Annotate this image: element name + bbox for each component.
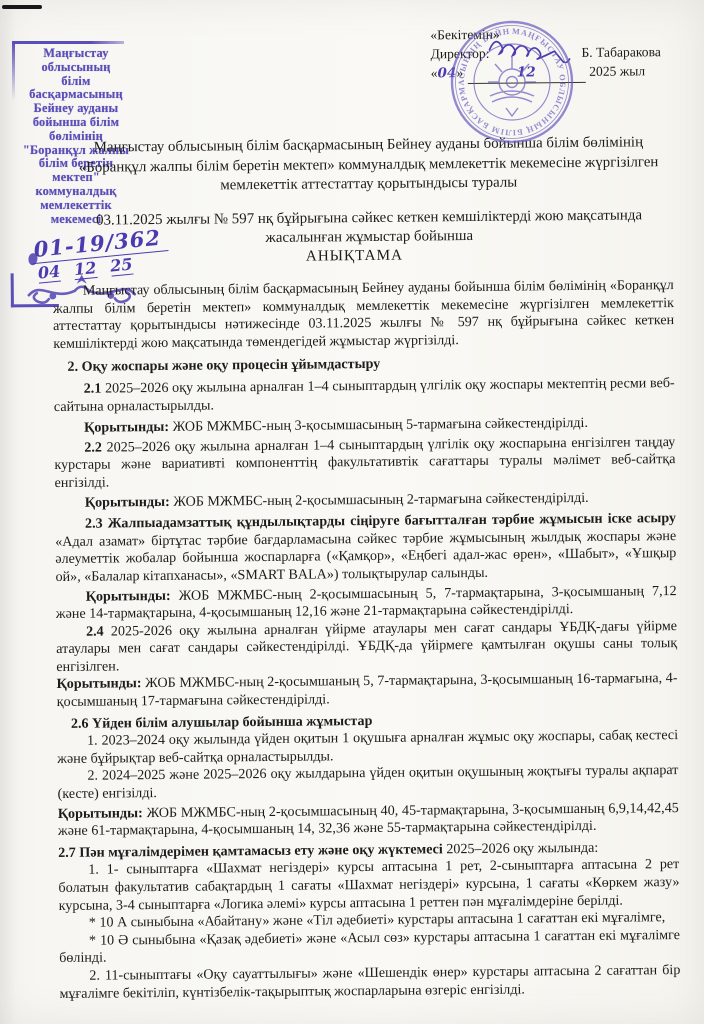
section-2-heading: 2. Оқу жоспары және оқу процесін ұйымдас… bbox=[53, 353, 674, 377]
para-2-1: 2.1 2025–2026 оқу жылына арналған 1–4 сы… bbox=[54, 375, 675, 416]
stamp-emblem bbox=[488, 57, 536, 116]
round-official-stamp: МАҢҒЫСТАУ ОБЛЫСЫНЫҢ БІЛІМ БАСҚАРМАСЫНЫҢ … bbox=[446, 16, 578, 148]
stamp-frame-bracket-vertical bbox=[11, 273, 14, 307]
reg-month: 12 bbox=[73, 258, 97, 280]
registration-note: 01-19/362 041225 bbox=[31, 224, 170, 283]
para-2-7-star-2: * 10 Ә сыныбына «Қазақ әдебиеті» және «А… bbox=[59, 927, 680, 968]
reg-year: 25 bbox=[109, 255, 133, 277]
conclusion-2-4: Қорытынды: ЖОБ МЖМБС-ның 2-қосымшаның 5,… bbox=[56, 671, 677, 712]
director-name: Б. Табаракова bbox=[581, 44, 661, 60]
scanned-document-page: МАҢҒЫСТАУ ОБЛЫСЫНЫҢ БІЛІМ БАСҚАРМАСЫНЫҢ … bbox=[0, 0, 704, 1024]
conclusion-2-3: Қорытынды: ЖОБ МЖМБС-ның 2-қосымшасының … bbox=[56, 583, 677, 624]
para-2-7-item-1: 1. 1- сыныптарға «Шахмат негіздері» курс… bbox=[58, 856, 679, 915]
para-2-2: 2.2 2025–2026 оқу жылына арналған 1–4 сы… bbox=[54, 434, 675, 493]
intro-paragraph: Маңғыстау облысының білім басқармасының … bbox=[53, 277, 675, 353]
conclusion-2-6: Қорытынды: ЖОБ МЖМБС-ның 2-қосымшасының … bbox=[58, 800, 679, 841]
para-2-6-item-1: 1. 2023–2024 оқу жылында үйден оқитын 1 … bbox=[57, 727, 678, 768]
para-2-4: 2.4 2025-2026 оқу жылына арналған үйірме… bbox=[56, 618, 677, 677]
document-title: Маңғыстау облысының білім басқармасының … bbox=[59, 133, 678, 197]
para-2-3: 2.3 Жалпыадамзаттық құндылықтарды сіңіру… bbox=[55, 510, 677, 586]
document-content: «Бекітемін» Директор:Б. Табаракова «04»1… bbox=[0, 0, 704, 1024]
reg-day: 04 bbox=[37, 262, 61, 284]
conclusion-2-2: Қорытынды: ЖОБ МЖМБС-ның 2-қосымшасының … bbox=[55, 489, 676, 513]
para-2-7-item-2: 2. 11-сыныптағы «Оқу сауаттылығы» және «… bbox=[59, 962, 680, 1003]
stamp-outer-circle bbox=[452, 22, 572, 142]
document-body: Маңғыстау облысының білім басқармасының … bbox=[53, 277, 681, 1024]
para-2-6-item-2: 2. 2024–2025 және 2025–2026 оқу жылдарын… bbox=[57, 762, 678, 803]
year-text: 2025 жыл bbox=[589, 63, 645, 79]
